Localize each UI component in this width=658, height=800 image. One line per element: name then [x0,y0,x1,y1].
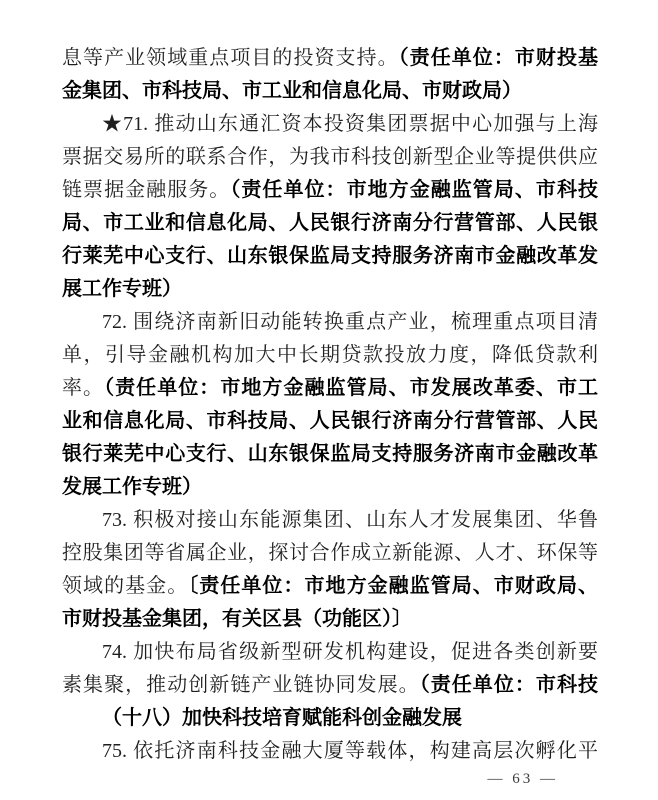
body-text: ★71. 推动山东通汇资本投资集团票据中心加强与上海 [102,113,598,135]
text-line: 率。（责任单位：市地方金融监管局、市发展改革委、市工 [62,372,598,405]
responsibility-unit-text: （十八）加快科技培育赋能科创金融发展 [102,707,462,729]
text-line: 领域的基金。〔责任单位：市地方金融监管局、市财政局、 [62,570,598,603]
text-line: 票据交易所的联系合作，为我市科技创新型企业等提供供应 [62,141,598,174]
text-line: 银行莱芜中心支行、山东银保监局支持服务济南市金融改革 [62,438,598,471]
responsibility-unit-text: （责任单位：市地方金融监管局、市发展改革委、市工 [104,377,598,399]
responsibility-unit-text: （责任单位：市地方金融监管局、市科技 [230,179,598,201]
responsibility-unit-text: 局、市工业和信息化局、人民银行济南分行营管部、人民银 [62,212,598,234]
responsibility-unit-text: 市财投基金集团，有关区县（功能区）〕 [62,608,412,630]
text-line: 73. 积极对接山东能源集团、山东人才发展集团、华鲁 [62,504,598,537]
body-text: 单，引导金融机构加大中长期贷款投放力度，降低贷款利 [62,344,598,366]
responsibility-unit-text: 金集团、市科技局、市工业和信息化局、市财政局） [62,80,522,102]
text-line: 控股集团等省属企业，探讨合作成立新能源、人才、环保等 [62,537,598,570]
body-text: 率。 [62,377,104,399]
text-line: 74. 加快布局省级新型研发机构建设，促进各类创新要 [62,636,598,669]
body-text: 链票据金融服务。 [62,179,230,201]
responsibility-unit-text: 业和信息化局、市科技局、人民银行济南分行营管部、人民 [62,410,598,432]
text-line: 市财投基金集团，有关区县（功能区）〕 [62,603,598,636]
document-page: 息等产业领域重点项目的投资支持。（责任单位：市财投基金集团、市科技局、市工业和信… [0,0,658,800]
text-line: 72. 围绕济南新旧动能转换重点产业，梳理重点项目清 [62,306,598,339]
responsibility-unit-text: 行莱芜中心支行、山东银保监局支持服务济南市金融改革发 [62,245,598,267]
text-line: （十八）加快科技培育赋能科创金融发展 [62,702,598,735]
responsibility-unit-text: 〔责任单位：市地方金融监管局、市财政局、 [188,575,598,597]
body-text: 73. 积极对接山东能源集团、山东人才发展集团、华鲁 [102,509,598,531]
text-line: 行莱芜中心支行、山东银保监局支持服务济南市金融改革发 [62,240,598,273]
text-line: 单，引导金融机构加大中长期贷款投放力度，降低贷款利 [62,339,598,372]
text-line: 金集团、市科技局、市工业和信息化局、市财政局） [62,75,598,108]
body-text: 素集聚，推动创新链产业链协同发展。 [62,674,420,696]
body-text: 75. 依托济南科技金融大厦等载体，构建高层次孵化平 [102,740,598,762]
text-line: ★71. 推动山东通汇资本投资集团票据中心加强与上海 [62,108,598,141]
responsibility-unit-text: 展工作专班） [62,278,182,300]
body-text: 控股集团等省属企业，探讨合作成立新能源、人才、环保等 [62,542,598,564]
text-column: 息等产业领域重点项目的投资支持。（责任单位：市财投基金集团、市科技局、市工业和信… [62,42,598,768]
text-line: 局、市工业和信息化局、人民银行济南分行营管部、人民银 [62,207,598,240]
text-line: 业和信息化局、市科技局、人民银行济南分行营管部、人民 [62,405,598,438]
responsibility-unit-text: 发展工作专班） [62,476,202,498]
responsibility-unit-text: 银行莱芜中心支行、山东银保监局支持服务济南市金融改革 [62,443,598,465]
body-text: 74. 加快布局省级新型研发机构建设，促进各类创新要 [102,641,598,663]
body-text: 72. 围绕济南新旧动能转换重点产业，梳理重点项目清 [102,311,598,333]
text-line: 素集聚，推动创新链产业链协同发展。（责任单位：市科技局） [62,669,598,702]
text-line: 息等产业领域重点项目的投资支持。（责任单位：市财投基 [62,42,598,75]
text-line: 发展工作专班） [62,471,598,504]
text-line: 展工作专班） [62,273,598,306]
page-number: — 63 — [488,771,559,788]
body-text: 票据交易所的联系合作，为我市科技创新型企业等提供供应 [62,146,598,168]
responsibility-unit-text: （责任单位：市财投基 [399,47,598,69]
text-line: 75. 依托济南科技金融大厦等载体，构建高层次孵化平 [62,735,598,768]
body-text: 领域的基金。 [62,575,188,597]
text-line: 链票据金融服务。（责任单位：市地方金融监管局、市科技 [62,174,598,207]
body-text: 息等产业领域重点项目的投资支持。 [62,47,399,69]
